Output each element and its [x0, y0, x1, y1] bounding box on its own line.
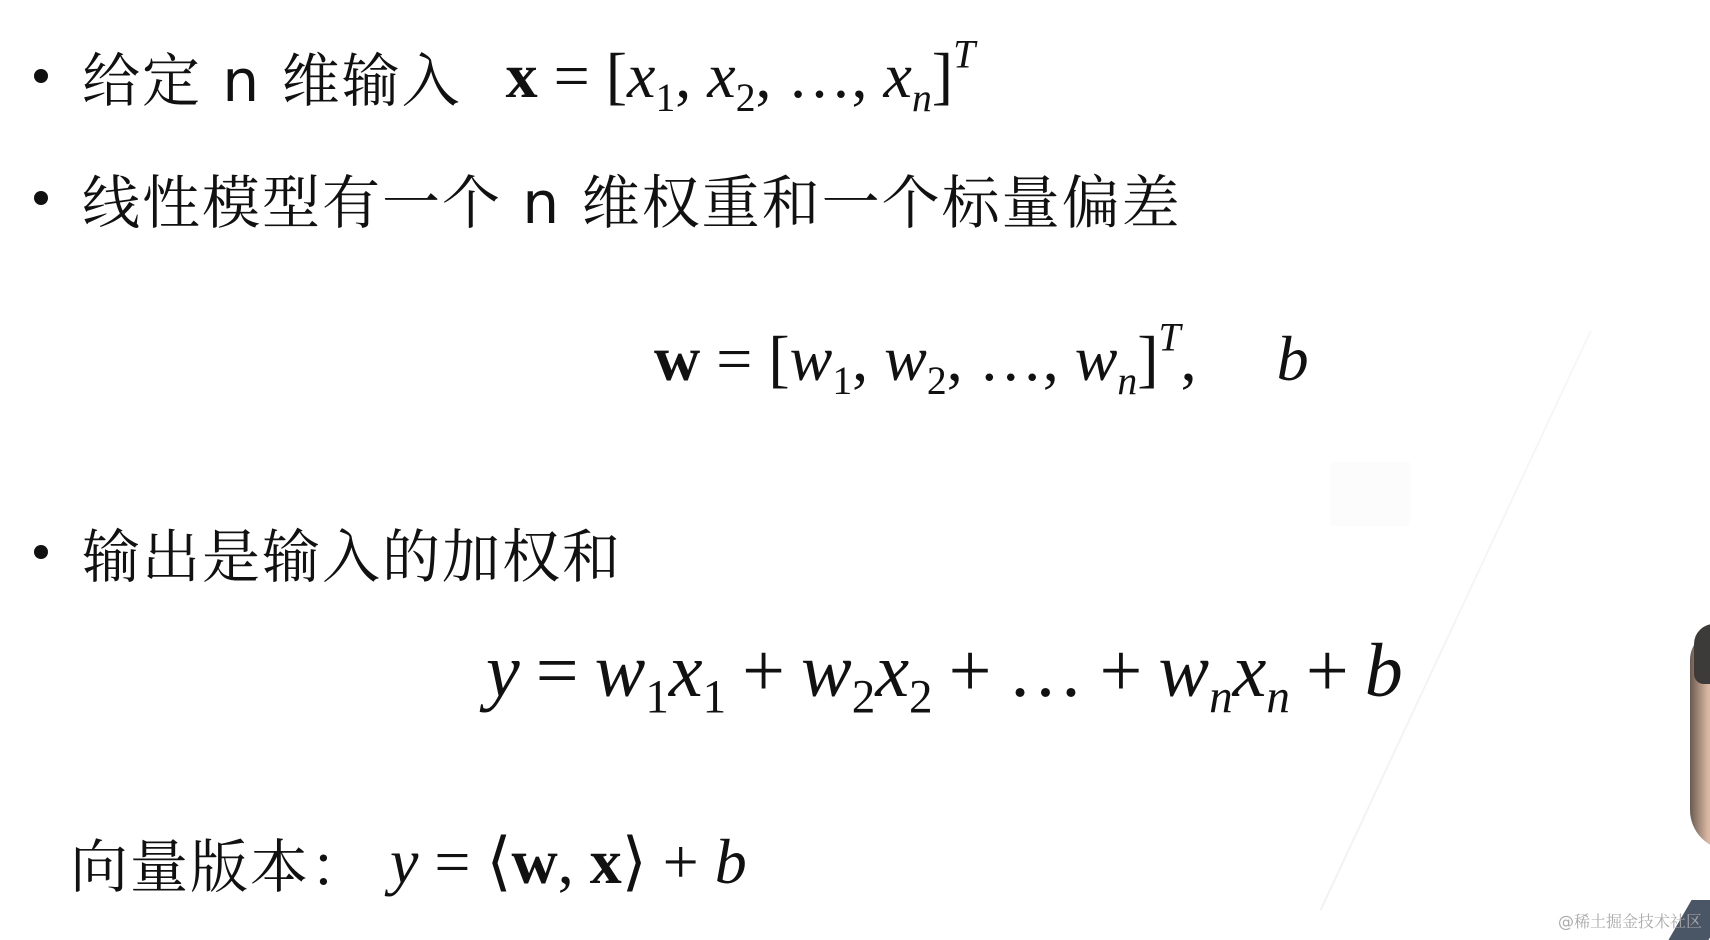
- watermark: @稀土掘金技术社区: [1558, 909, 1702, 932]
- vector-version-label: 向量版本：: [70, 820, 370, 904]
- bullet-text: 给定 n 维输入: [82, 34, 462, 118]
- bullet-item-input: 给定 n 维输入 x=[x1, x2, …, xn]T: [34, 34, 975, 118]
- bullet-text: 线性模型有一个 n 维权重和一个标量偏差: [82, 156, 1182, 240]
- presenter-hair: [1694, 624, 1710, 684]
- weighted-sum-formula: y=w1x1+w2x2+…+wnxn+b: [486, 628, 1403, 715]
- bullet-dot-icon: [34, 545, 48, 559]
- weight-bias-formula: w=[w1, w2, …, wn]T,b: [654, 322, 1309, 396]
- vector-version-line: 向量版本： y=⟨w, x⟩+b: [70, 820, 747, 904]
- decorative-faint-shape: [1330, 462, 1410, 526]
- lecture-slide: 给定 n 维输入 x=[x1, x2, …, xn]T 线性模型有一个 n 维权…: [0, 0, 1710, 940]
- input-vector-formula: x=[x1, x2, …, xn]T: [506, 39, 976, 113]
- bullet-text: 输出是输入的加权和: [82, 510, 622, 594]
- inner-product-formula: y=⟨w, x⟩+b: [390, 825, 747, 899]
- bullet-item-output: 输出是输入的加权和: [34, 510, 622, 594]
- decorative-diagonal-line: [1320, 330, 1592, 911]
- bullet-dot-icon: [34, 69, 48, 83]
- bullet-item-model: 线性模型有一个 n 维权重和一个标量偏差: [34, 156, 1182, 240]
- bullet-dot-icon: [34, 191, 48, 205]
